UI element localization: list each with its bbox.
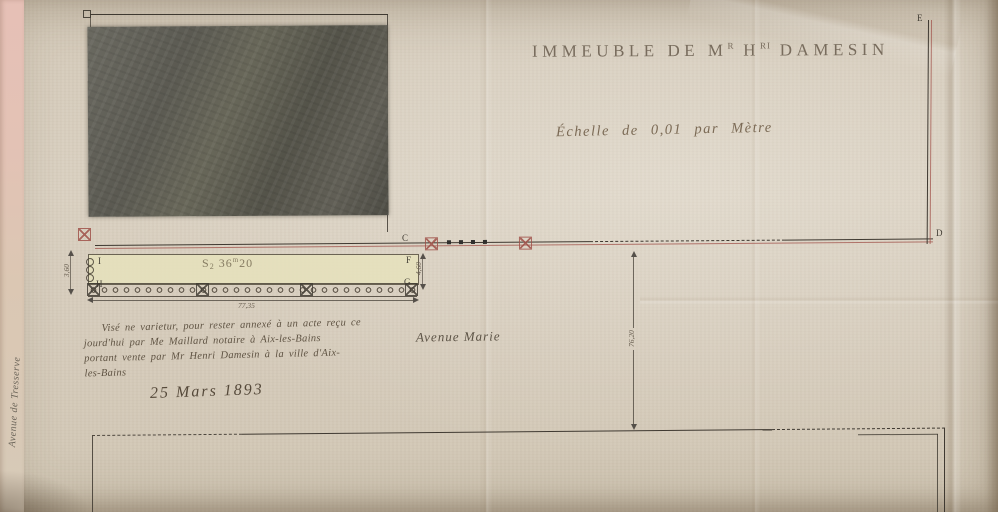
visa-date: 25 Mars 1893 <box>150 381 264 403</box>
wall-x-mark <box>300 283 313 296</box>
fold-crease <box>480 0 492 512</box>
title-text: H <box>743 41 760 60</box>
post-ring <box>86 258 94 266</box>
building-outline-inner-top <box>858 434 938 436</box>
street-label-avenue-marie: Avenue Marie <box>416 328 501 345</box>
paper-right-edge <box>985 0 998 512</box>
corner-letter-c: C <box>402 233 408 243</box>
post-ring <box>86 266 94 274</box>
boundary-x-mark <box>78 228 91 241</box>
corner-letter-d: D <box>936 228 943 238</box>
dimension-arrow <box>631 424 637 430</box>
corner-letter-e: E <box>917 13 923 23</box>
corner-letter-f: F <box>406 255 411 265</box>
boundary-x-mark <box>425 237 438 250</box>
dimension-arrow <box>87 297 93 303</box>
area-decimals: 20 <box>239 256 253 270</box>
corner-letter-g: G <box>404 277 411 287</box>
corner-shadow <box>0 470 90 512</box>
area-meters: 36 <box>219 256 233 270</box>
area-letter: S <box>202 256 210 270</box>
building-outline-right-outer <box>944 428 945 512</box>
dimension-arrow <box>420 253 426 259</box>
scanned-plan-sheet: Immeuble de Mr Hri Damesin Échelle de 0,… <box>0 0 998 512</box>
building-outline-top <box>92 428 945 437</box>
scale-note: Échelle de 0,01 par Mètre <box>556 120 773 142</box>
dimension-band-height-right: 4,60 <box>414 262 423 275</box>
darkened-photo-area <box>87 25 388 217</box>
title-superscript: r <box>727 41 734 51</box>
title-text: Damesin <box>780 40 889 60</box>
dimension-arrow <box>413 297 419 303</box>
area-index: 2 <box>210 262 215 271</box>
dimension-arrow <box>631 251 637 257</box>
wall-posts-row <box>88 283 417 297</box>
dimension-line-depth-upper <box>633 254 634 328</box>
page-title: Immeuble de Mr Hri Damesin <box>532 40 832 62</box>
area-label: S2 36m20 <box>202 256 253 271</box>
boundary-line-vertical <box>927 20 932 244</box>
fold-crease <box>640 296 998 305</box>
dimension-line-depth-lower <box>633 350 634 428</box>
dimension-arrow <box>420 284 426 290</box>
dimension-arrow <box>68 250 74 256</box>
corner-letter-i: I <box>98 256 101 266</box>
dimension-parcel-depth: 76,20 <box>627 330 636 347</box>
dimension-band-height-left: 3,60 <box>62 264 71 277</box>
building-outline-right-inner <box>937 434 938 512</box>
post-ring <box>86 274 94 282</box>
title-superscript: ri <box>760 41 771 51</box>
fold-crease <box>750 0 760 512</box>
parcel-band <box>88 254 419 285</box>
plot-outline-top <box>90 14 388 15</box>
corner-letter-h: H <box>96 279 103 289</box>
dimension-arrow <box>68 289 74 295</box>
wall-x-mark <box>196 283 209 296</box>
building-outline-left <box>92 436 93 512</box>
fold-crease <box>687 0 964 78</box>
title-text: Immeuble de M <box>532 41 728 61</box>
boundary-x-mark <box>519 237 532 250</box>
boundary-line-horizontal <box>95 238 933 249</box>
dimension-band-length: 77,35 <box>238 301 255 310</box>
visa-note: Visé ne varietur, pour rester annexé à u… <box>83 315 384 382</box>
